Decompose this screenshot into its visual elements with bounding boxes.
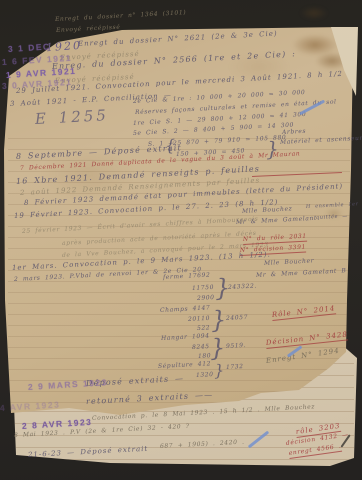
handwritten-year: 1920	[46, 39, 83, 54]
brace: }	[214, 361, 225, 380]
handwritten-line: Enregt du dossier n° 1364 (3101)	[55, 9, 187, 23]
ink-stain	[300, 6, 328, 20]
handwritten-line: 24057	[226, 314, 248, 322]
handwritten-line: 1320	[196, 371, 214, 379]
handwritten-line: 1732	[226, 363, 244, 371]
handwritten-line: 11750	[192, 284, 214, 292]
handwritten-flourish: E 1255	[35, 106, 110, 128]
brace: }	[211, 306, 227, 335]
handwritten-line: 2900	[197, 294, 215, 302]
handwritten-line: 9519.	[226, 342, 247, 350]
handwritten-line: 20110	[188, 315, 210, 323]
scanned-document: Enregt du dossier n° 1364 (3101) Envoyé …	[0, 0, 362, 480]
brace: }	[210, 334, 226, 363]
handwritten-line: 522	[197, 324, 211, 332]
handwritten-line: 8245	[192, 343, 210, 351]
